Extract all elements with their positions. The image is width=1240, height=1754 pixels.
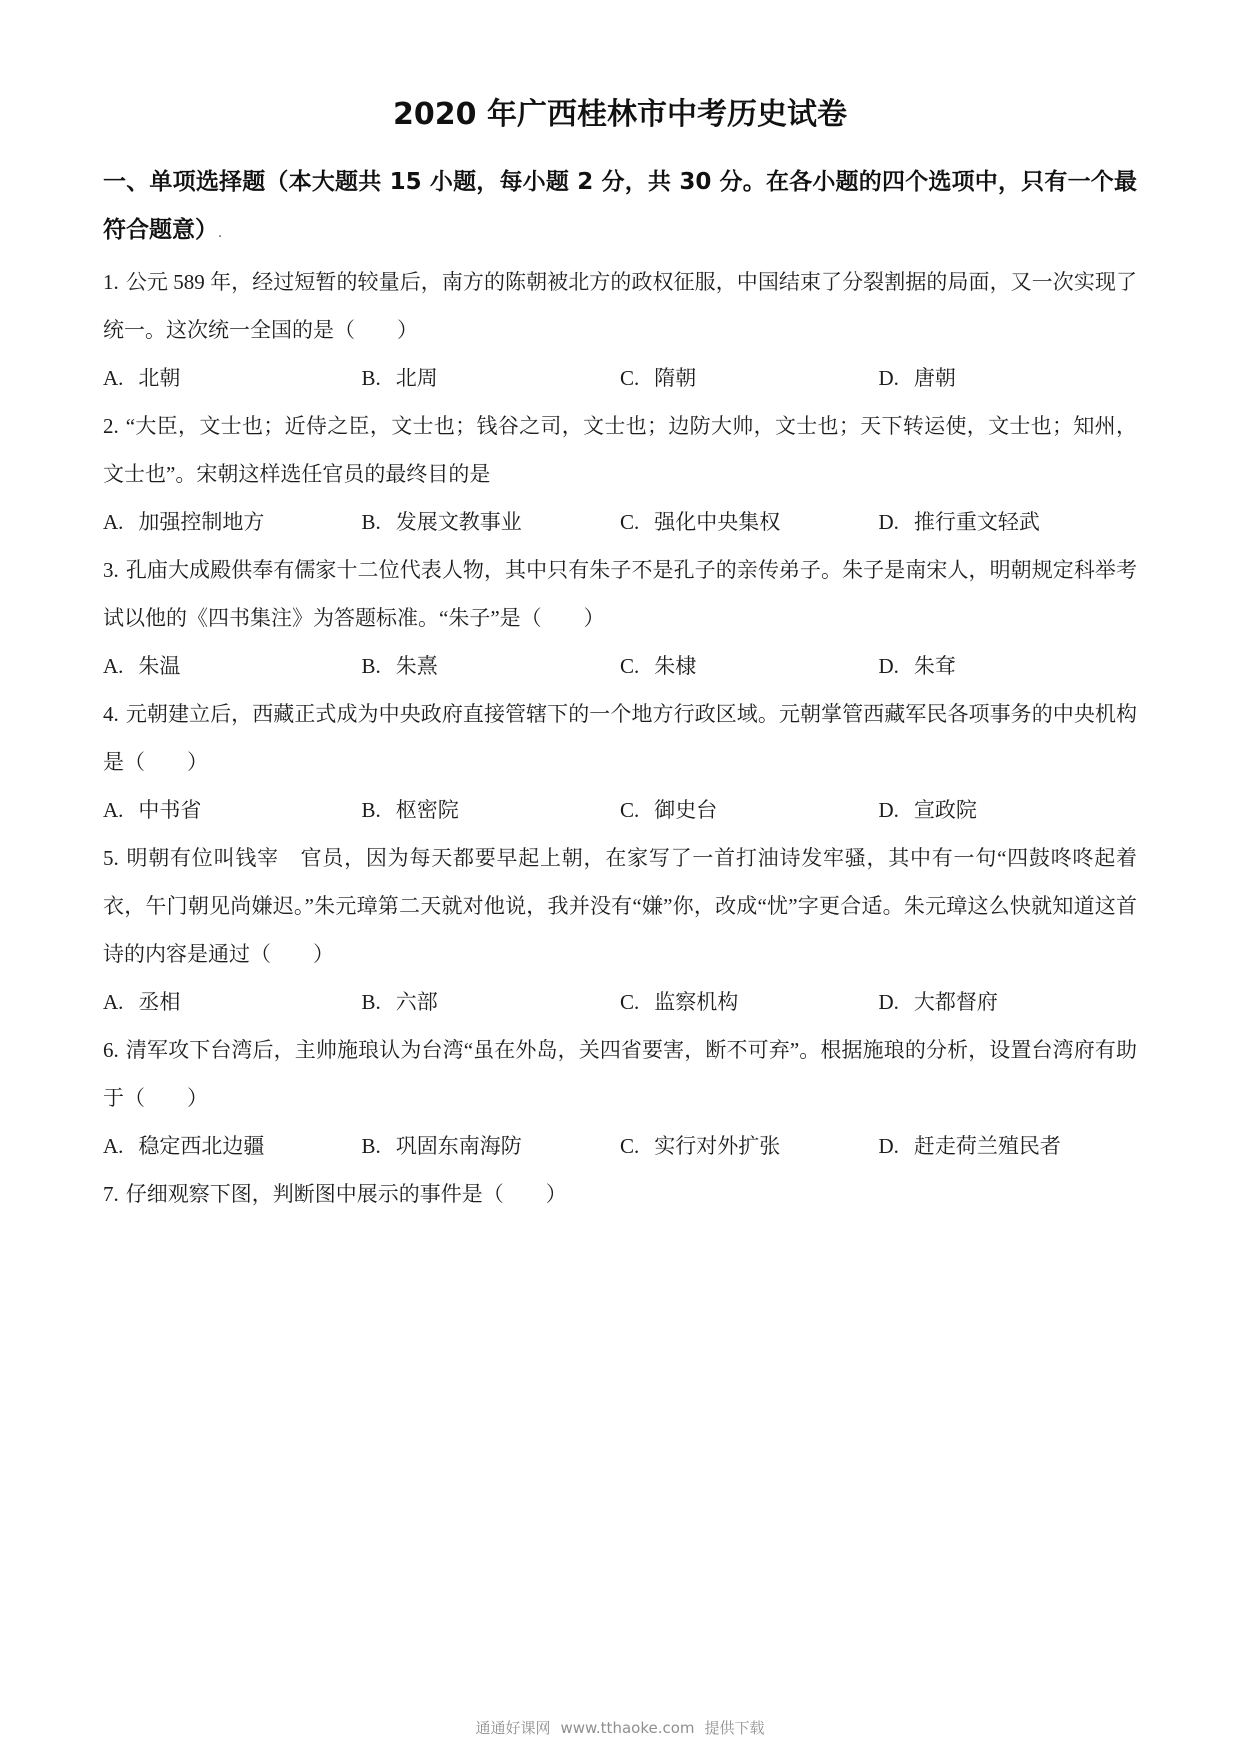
option-c: C.朱棣 bbox=[620, 642, 879, 690]
option-label: B. bbox=[362, 654, 381, 678]
question-number: 1. bbox=[103, 270, 119, 294]
option-label: B. bbox=[362, 798, 381, 822]
question-2: 2.“大臣，文士也；近侍之臣，文士也；钱谷之司，文士也；边防大帅，文士也；天下转… bbox=[103, 402, 1137, 546]
option-label: B. bbox=[362, 990, 381, 1014]
option-label: A. bbox=[103, 510, 123, 534]
question-2-options: A.加强控制地方 B.发展文教事业 C.强化中央集权 D.推行重文轻武 bbox=[103, 498, 1137, 546]
section-heading-dot: . bbox=[218, 226, 222, 241]
option-d: D.推行重文轻武 bbox=[879, 498, 1138, 546]
option-label: D. bbox=[879, 1134, 899, 1158]
option-text: 北周 bbox=[396, 366, 438, 390]
option-text: 监察机构 bbox=[654, 990, 738, 1014]
footer-url: www.tthaoke.com bbox=[560, 1719, 694, 1737]
question-6-options: A.稳定西北边疆 B.巩固东南海防 C.实行对外扩张 D.赶走荷兰殖民者 bbox=[103, 1122, 1137, 1170]
question-text: 仔细观察下图，判断图中展示的事件是（ ） bbox=[126, 1182, 567, 1206]
option-label: D. bbox=[879, 990, 899, 1014]
question-2-stem: 2.“大臣，文士也；近侍之臣，文士也；钱谷之司，文士也；边防大帅，文士也；天下转… bbox=[103, 402, 1137, 498]
option-b: B.发展文教事业 bbox=[362, 498, 621, 546]
option-text: 朱棣 bbox=[654, 654, 696, 678]
question-text: 孔庙大成殿供奉有儒家十二位代表人物，其中只有朱子不是孔子的亲传弟子。朱子是南宋人… bbox=[103, 558, 1137, 630]
option-b: B.枢密院 bbox=[362, 786, 621, 834]
option-label: B. bbox=[362, 1134, 381, 1158]
exam-paper-page: 2020 年广西桂林市中考历史试卷 一、单项选择题（本大题共 15 小题，每小题… bbox=[0, 0, 1240, 1754]
question-1-options: A.北朝 B.北周 C.隋朝 D.唐朝 bbox=[103, 354, 1137, 402]
option-b: B.北周 bbox=[362, 354, 621, 402]
question-text: 明朝有位叫钱宰 官员，因为每天都要早起上朝，在家写了一首打油诗发牢骚，其中有一句… bbox=[103, 846, 1137, 966]
option-text: 隋朝 bbox=[654, 366, 696, 390]
option-a: A.丞相 bbox=[103, 978, 362, 1026]
question-number: 2. bbox=[103, 414, 119, 438]
option-text: 实行对外扩张 bbox=[654, 1134, 780, 1158]
footer-note: 提供下载 bbox=[705, 1719, 765, 1737]
question-number: 7. bbox=[103, 1182, 119, 1206]
question-3-stem: 3.孔庙大成殿供奉有儒家十二位代表人物，其中只有朱子不是孔子的亲传弟子。朱子是南… bbox=[103, 546, 1137, 642]
question-6: 6.清军攻下台湾后，主帅施琅认为台湾“虽在外岛，关四省要害，断不可弃”。根据施琅… bbox=[103, 1026, 1137, 1170]
option-label: B. bbox=[362, 510, 381, 534]
option-label: D. bbox=[879, 654, 899, 678]
option-c: C.隋朝 bbox=[620, 354, 879, 402]
option-label: A. bbox=[103, 798, 123, 822]
question-3-options: A.朱温 B.朱熹 C.朱棣 D.朱耷 bbox=[103, 642, 1137, 690]
question-number: 6. bbox=[103, 1038, 119, 1062]
option-label: D. bbox=[879, 510, 899, 534]
question-3: 3.孔庙大成殿供奉有儒家十二位代表人物，其中只有朱子不是孔子的亲传弟子。朱子是南… bbox=[103, 546, 1137, 690]
option-text: 宣政院 bbox=[914, 798, 977, 822]
option-label: D. bbox=[879, 366, 899, 390]
option-label: B. bbox=[362, 366, 381, 390]
option-d: D.唐朝 bbox=[879, 354, 1138, 402]
question-6-stem: 6.清军攻下台湾后，主帅施琅认为台湾“虽在外岛，关四省要害，断不可弃”。根据施琅… bbox=[103, 1026, 1137, 1122]
question-5: 5.明朝有位叫钱宰 官员，因为每天都要早起上朝，在家写了一首打油诗发牢骚，其中有… bbox=[103, 834, 1137, 1026]
question-1: 1.公元 589 年，经过短暂的较量后，南方的陈朝被北方的政权征服，中国结束了分… bbox=[103, 258, 1137, 402]
option-c: C.监察机构 bbox=[620, 978, 879, 1026]
question-1-stem: 1.公元 589 年，经过短暂的较量后，南方的陈朝被北方的政权征服，中国结束了分… bbox=[103, 258, 1137, 354]
option-text: 发展文教事业 bbox=[396, 510, 522, 534]
question-7-stem: 7.仔细观察下图，判断图中展示的事件是（ ） bbox=[103, 1170, 1137, 1218]
option-d: D.宣政院 bbox=[879, 786, 1138, 834]
option-label: A. bbox=[103, 366, 123, 390]
option-label: A. bbox=[103, 990, 123, 1014]
option-text: 赶走荷兰殖民者 bbox=[914, 1134, 1061, 1158]
question-number: 4. bbox=[103, 702, 119, 726]
option-b: B.朱熹 bbox=[362, 642, 621, 690]
question-5-options: A.丞相 B.六部 C.监察机构 D.大都督府 bbox=[103, 978, 1137, 1026]
option-text: 朱耷 bbox=[914, 654, 956, 678]
option-text: 中书省 bbox=[138, 798, 201, 822]
page-content: 2020 年广西桂林市中考历史试卷 一、单项选择题（本大题共 15 小题，每小题… bbox=[0, 0, 1240, 1218]
option-label: C. bbox=[620, 366, 639, 390]
page-footer: 通通好课网www.tthaoke.com提供下载 bbox=[0, 1717, 1240, 1738]
question-4: 4.元朝建立后，西藏正式成为中央政府直接管辖下的一个地方行政区域。元朝掌管西藏军… bbox=[103, 690, 1137, 834]
question-text: 清军攻下台湾后，主帅施琅认为台湾“虽在外岛，关四省要害，断不可弃”。根据施琅的分… bbox=[103, 1038, 1137, 1110]
question-4-options: A.中书省 B.枢密院 C.御史台 D.宣政院 bbox=[103, 786, 1137, 834]
option-a: A.北朝 bbox=[103, 354, 362, 402]
footer-site-name: 通通好课网 bbox=[475, 1719, 550, 1737]
question-text: “大臣，文士也；近侍之臣，文士也；钱谷之司，文士也；边防大帅，文士也；天下转运使… bbox=[103, 414, 1137, 486]
section-heading-text: 一、单项选择题（本大题共 15 小题，每小题 2 分，共 30 分。在各小题的四… bbox=[103, 169, 1137, 243]
option-text: 唐朝 bbox=[914, 366, 956, 390]
option-a: A.加强控制地方 bbox=[103, 498, 362, 546]
option-d: D.赶走荷兰殖民者 bbox=[879, 1122, 1138, 1170]
option-text: 御史台 bbox=[654, 798, 717, 822]
option-text: 北朝 bbox=[138, 366, 180, 390]
option-c: C.强化中央集权 bbox=[620, 498, 879, 546]
option-d: D.朱耷 bbox=[879, 642, 1138, 690]
option-a: A.稳定西北边疆 bbox=[103, 1122, 362, 1170]
option-text: 朱温 bbox=[138, 654, 180, 678]
option-text: 大都督府 bbox=[914, 990, 998, 1014]
question-7: 7.仔细观察下图，判断图中展示的事件是（ ） bbox=[103, 1170, 1137, 1218]
question-text: 元朝建立后，西藏正式成为中央政府直接管辖下的一个地方行政区域。元朝掌管西藏军民各… bbox=[103, 702, 1137, 774]
option-text: 强化中央集权 bbox=[654, 510, 780, 534]
question-number: 5. bbox=[103, 846, 119, 870]
option-label: C. bbox=[620, 510, 639, 534]
option-text: 加强控制地方 bbox=[138, 510, 264, 534]
option-text: 巩固东南海防 bbox=[396, 1134, 522, 1158]
option-label: C. bbox=[620, 1134, 639, 1158]
option-text: 推行重文轻武 bbox=[914, 510, 1040, 534]
option-a: A.中书省 bbox=[103, 786, 362, 834]
option-c: C.实行对外扩张 bbox=[620, 1122, 879, 1170]
option-d: D.大都督府 bbox=[879, 978, 1138, 1026]
option-label: C. bbox=[620, 654, 639, 678]
question-number: 3. bbox=[103, 558, 119, 582]
option-label: D. bbox=[879, 798, 899, 822]
option-a: A.朱温 bbox=[103, 642, 362, 690]
question-text: 公元 589 年，经过短暂的较量后，南方的陈朝被北方的政权征服，中国结束了分裂割… bbox=[103, 270, 1137, 342]
option-text: 朱熹 bbox=[396, 654, 438, 678]
option-b: B.巩固东南海防 bbox=[362, 1122, 621, 1170]
option-label: C. bbox=[620, 990, 639, 1014]
page-title: 2020 年广西桂林市中考历史试卷 bbox=[103, 93, 1137, 137]
question-5-stem: 5.明朝有位叫钱宰 官员，因为每天都要早起上朝，在家写了一首打油诗发牢骚，其中有… bbox=[103, 834, 1137, 978]
option-c: C.御史台 bbox=[620, 786, 879, 834]
option-label: C. bbox=[620, 798, 639, 822]
option-text: 六部 bbox=[396, 990, 438, 1014]
option-text: 枢密院 bbox=[396, 798, 459, 822]
option-text: 丞相 bbox=[138, 990, 180, 1014]
option-text: 稳定西北边疆 bbox=[138, 1134, 264, 1158]
option-label: A. bbox=[103, 654, 123, 678]
option-label: A. bbox=[103, 1134, 123, 1158]
question-4-stem: 4.元朝建立后，西藏正式成为中央政府直接管辖下的一个地方行政区域。元朝掌管西藏军… bbox=[103, 690, 1137, 786]
option-b: B.六部 bbox=[362, 978, 621, 1026]
section-heading: 一、单项选择题（本大题共 15 小题，每小题 2 分，共 30 分。在各小题的四… bbox=[103, 158, 1137, 258]
